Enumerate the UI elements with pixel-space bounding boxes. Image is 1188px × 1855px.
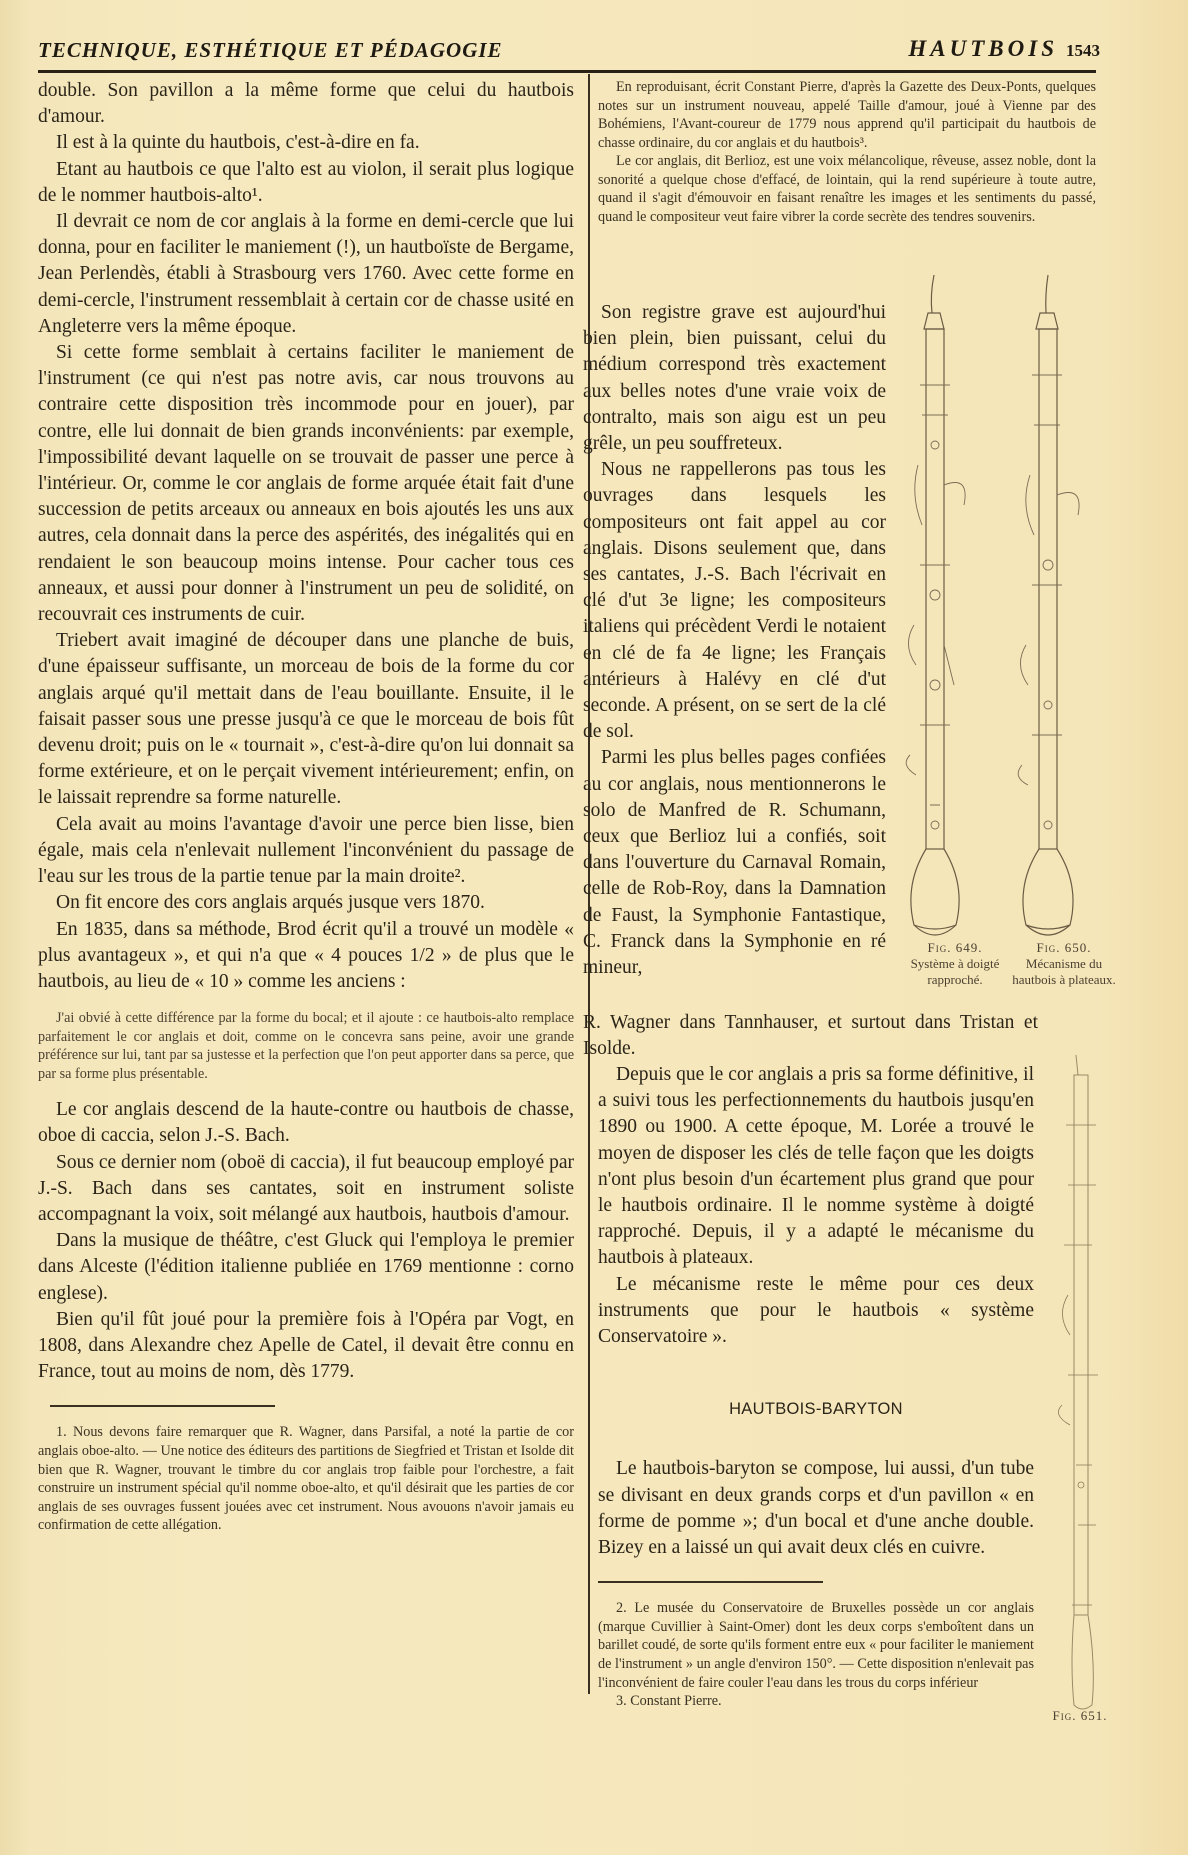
paragraph: En reproduisant, écrit Constant Pierre, … <box>598 78 1096 152</box>
paragraph: Triebert avait imaginé de découper dans … <box>38 628 574 811</box>
figure-caption-text: Système à doigté rapproché. <box>900 956 1010 988</box>
section-name: HAUTBOIS <box>908 36 1058 61</box>
paragraph: Le cor anglais, dit Berlioz, est une voi… <box>598 152 1096 226</box>
figure-label: Fig. 649. <box>900 940 1010 956</box>
figure-650-caption: Fig. 650. Mécanisme du hautbois à platea… <box>1010 940 1118 988</box>
paragraph: Le cor anglais descend de la haute-contr… <box>38 1097 574 1149</box>
paragraph: Depuis que le cor anglais a pris sa form… <box>598 1062 1034 1272</box>
quote-text: J'ai obvié à cette différence par la for… <box>38 1009 574 1083</box>
paragraph: Cela avait au moins l'avantage d'avoir u… <box>38 812 574 891</box>
figure-label: Fig. 651. <box>1040 1708 1120 1724</box>
paragraph: Si cette forme semblait à certains facil… <box>38 340 574 628</box>
paragraph: Le mécanisme reste le même pour ces deux… <box>598 1272 1034 1351</box>
paragraph: On fit encore des cors anglais arqués ju… <box>38 890 574 916</box>
paragraph: Il devrait ce nom de cor anglais à la fo… <box>38 209 574 340</box>
paragraph: En 1835, dans sa méthode, Brod écrit qu'… <box>38 917 574 996</box>
paragraph: Son registre grave est aujourd'hui bien … <box>583 300 886 457</box>
footnote-2: 2. Le musée du Conservatoire de Bruxelle… <box>598 1599 1034 1692</box>
running-header-right: HAUTBOIS1543 <box>908 36 1100 62</box>
footnote-rule <box>50 1405 275 1407</box>
paragraph: Etant au hautbois ce que l'alto est au v… <box>38 157 574 209</box>
right-intro: En reproduisant, écrit Constant Pierre, … <box>598 78 1096 226</box>
footnote-1: 1. Nous devons faire remarquer que R. Wa… <box>38 1423 574 1535</box>
footnotes-right: 2. Le musée du Conservatoire de Bruxelle… <box>598 1599 1034 1711</box>
block-quote: J'ai obvié à cette différence par la for… <box>38 1009 574 1083</box>
figure-650-oboe-plateaux-illustration <box>1012 265 1112 945</box>
figure-651-hautbois-baryton-illustration <box>1052 1045 1112 1725</box>
right-medium-text: Depuis que le cor anglais a pris sa form… <box>598 1062 1034 1711</box>
figure-651-caption: Fig. 651. <box>1040 1708 1120 1724</box>
page-number: 1543 <box>1066 41 1100 60</box>
paragraph: Bien qu'il fût joué pour la première foi… <box>38 1307 574 1386</box>
paragraph: Nous ne rappellerons pas tous les ouvrag… <box>583 457 886 745</box>
figure-649-cor-anglais-illustration <box>900 265 1000 945</box>
paragraph: R. Wagner dans Tannhauser, et surtout da… <box>583 1010 1038 1062</box>
right-wide-text: R. Wagner dans Tannhauser, et surtout da… <box>583 1010 1038 1062</box>
paragraph: Il est à la quinte du hautbois, c'est-à-… <box>38 130 574 156</box>
oboe-drawing-icon <box>900 265 1000 945</box>
paragraph: Le hautbois-baryton se compose, lui auss… <box>598 1456 1034 1561</box>
figure-label: Fig. 650. <box>1010 940 1118 956</box>
running-header-left: TECHNIQUE, ESTHÉTIQUE ET PÉDAGOGIE <box>38 38 503 63</box>
figure-caption-text: Mécanisme du hautbois à plateaux. <box>1010 956 1118 988</box>
paragraph: Parmi les plus belles pages confiées au … <box>583 745 886 981</box>
right-narrow-text: Son registre grave est aujourd'hui bien … <box>583 300 886 981</box>
footnotes-left: 1. Nous devons faire remarquer que R. Wa… <box>38 1423 574 1535</box>
paragraph: Sous ce dernier nom (oboë di caccia), il… <box>38 1150 574 1229</box>
hautbois-baryton-drawing-icon <box>1052 1045 1112 1725</box>
left-column: double. Son pavillon a la même forme que… <box>38 78 574 1535</box>
section-heading: HAUTBOIS-BARYTON <box>598 1396 1034 1422</box>
left-body-continued: Le cor anglais descend de la haute-contr… <box>38 1097 574 1385</box>
figure-649-caption: Fig. 649. Système à doigté rapproché. <box>900 940 1010 988</box>
paragraph: Dans la musique de théâtre, c'est Gluck … <box>38 1228 574 1307</box>
oboe-drawing-icon <box>1012 265 1112 945</box>
footnote-3: 3. Constant Pierre. <box>598 1692 1034 1711</box>
header-rule <box>38 70 1096 73</box>
right-column: En reproduisant, écrit Constant Pierre, … <box>598 78 1096 226</box>
left-body: double. Son pavillon a la même forme que… <box>38 78 574 995</box>
paragraph: double. Son pavillon a la même forme que… <box>38 78 574 130</box>
footnote-rule <box>598 1581 823 1583</box>
